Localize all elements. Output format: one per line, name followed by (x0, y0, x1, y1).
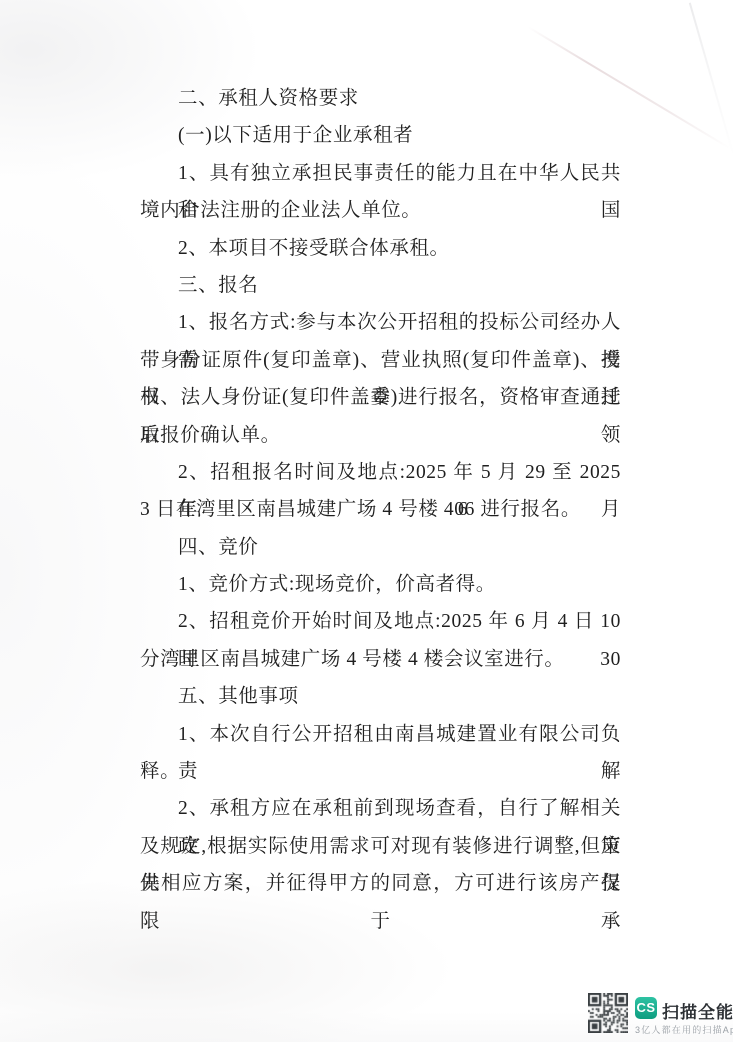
text-line: 书、法人身份证(复印件盖章)进行报名，资格审查通过后领 (140, 379, 621, 416)
text-line-section-4-heading: 四、竞价 (140, 529, 621, 566)
text-line: 1、报名方式:参与本次公开招租的投标公司经办人需携 (140, 304, 621, 341)
text-line: 及规定,根据实际使用需求可对现有装修进行调整,但应先提 (140, 828, 621, 865)
document-text: 二、承租人资格要求 (一)以下适用于企业承租者 1、具有独立承担民事责任的能力且… (140, 80, 621, 903)
watermark-brand-name: 扫描全能王 (662, 998, 733, 1023)
text-line: 2、承租方应在承租前到现场查看，自行了解相关政策 (140, 790, 621, 827)
text-line-section-2-heading: 二、承租人资格要求 (140, 80, 621, 117)
text-line-section-3-heading: 三、报名 (140, 267, 621, 304)
text-line: 1、竞价方式:现场竞价，价高者得。 (140, 566, 621, 603)
text-line: 2、招租报名时间及地点:2025 年 5 月 29 至 2025 年 6 月 (140, 454, 621, 491)
watermark-subtitle: 3亿人都在用的扫描App (635, 1023, 733, 1036)
scanned-document-page: { "page": { "bg_color": "#ffffff", "text… (0, 0, 733, 1042)
camscanner-cs-logo-icon: CS (635, 997, 657, 1019)
text-line: 供相应方案，并征得甲方的同意，方可进行该房产仅限于承 (140, 865, 621, 902)
text-line: 2、本项目不接受联合体承租。 (140, 230, 621, 267)
page-crease-secondary (689, 3, 733, 157)
camscanner-watermark: CS 扫描全能王 3亿人都在用的扫描App (588, 993, 733, 1037)
text-line: 2、招租竞价开始时间及地点:2025 年 6 月 4 日 10 时 30 (140, 603, 621, 640)
text-line: 1、具有独立承担民事责任的能力且在中华人民共和国 (140, 155, 621, 192)
text-line: 分湾里区南昌城建广场 4 号楼 4 楼会议室进行。 (140, 641, 621, 678)
qr-code-icon (588, 993, 628, 1033)
text-line: (一)以下适用于企业承租者 (140, 117, 621, 154)
text-line: 1、本次自行公开招租由南昌城建置业有限公司负责解 (140, 716, 621, 753)
text-line-section-5-heading: 五、其他事项 (140, 678, 621, 715)
text-line: 3 日在湾里区南昌城建广场 4 号楼 406 进行报名。 (140, 491, 621, 528)
text-line: 带身份证原件(复印盖章)、营业执照(复印件盖章)、授权委托 (140, 342, 621, 379)
